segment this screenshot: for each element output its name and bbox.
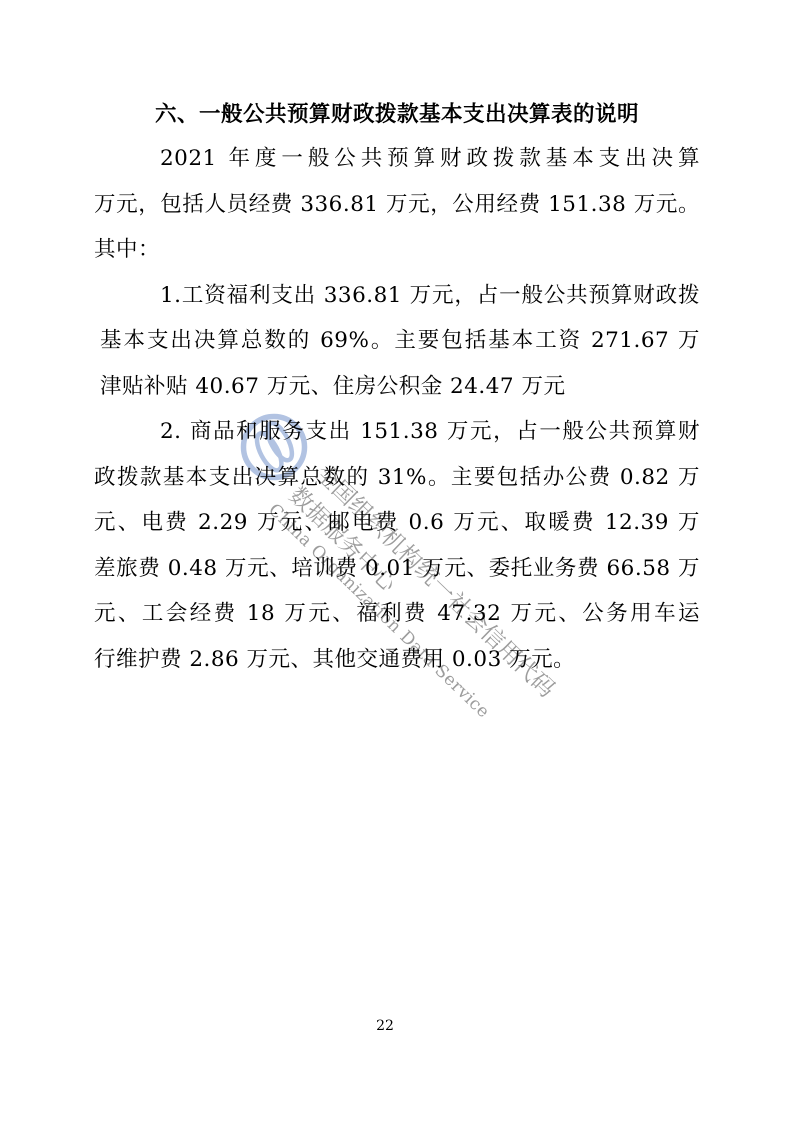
text-line: 津贴补贴 40.67 万元、住房公积金 24.47 万元 xyxy=(94,364,700,410)
text-line: 差旅费 0.48 万元、培训费 0.01 万元、委托业务费 66.58 万 xyxy=(94,546,700,592)
text-line: 元、工会经费 18 万元、福利费 47.32 万元、公务用车运 xyxy=(94,591,700,637)
paragraph: 2. 商品和服务支出 151.38 万元，占一般公共预算财政拨款基本支出决算总数… xyxy=(94,409,700,682)
text-line: 政拨款基本支出决算总数的 31%。主要包括办公费 0.82 万 xyxy=(94,455,700,501)
page-number: 22 xyxy=(0,1018,770,1034)
paragraph: 1.工资福利支出 336.81 万元，占一般公共预算财政拨款基本支出决算总数的 … xyxy=(94,273,700,410)
text-line: 其中： xyxy=(94,227,700,273)
text-line: 基本支出决算总数的 69%。主要包括基本工资 271.67 万元、 xyxy=(94,318,700,364)
text-line: 万元，包括人员经费 336.81 万元，公用经费 151.38 万元。 xyxy=(94,182,700,228)
text-line: 行维护费 2.86 万元、其他交通费用 0.03 万元。 xyxy=(94,637,700,683)
document-content: 六、一般公共预算财政拨款基本支出决算表的说明 2021 年度一般公共预算财政拨款… xyxy=(94,0,700,682)
text-line: 2021 年度一般公共预算财政拨款基本支出决算 488.19 xyxy=(94,136,700,182)
text-line: 2. 商品和服务支出 151.38 万元，占一般公共预算财 xyxy=(94,409,700,455)
paragraph: 2021 年度一般公共预算财政拨款基本支出决算 488.19万元，包括人员经费 … xyxy=(94,136,700,273)
text-line: 1.工资福利支出 336.81 万元，占一般公共预算财政拨款 xyxy=(94,273,700,319)
document-page: 全国组织机构统一社会信用代码 数据服务中心 China Organization… xyxy=(0,0,794,1123)
body-paragraphs: 2021 年度一般公共预算财政拨款基本支出决算 488.19万元，包括人员经费 … xyxy=(94,136,700,682)
page-title: 六、一般公共预算财政拨款基本支出决算表的说明 xyxy=(94,101,700,128)
text-line: 元、电费 2.29 万元、邮电费 0.6 万元、取暖费 12.39 万元、 xyxy=(94,500,700,546)
